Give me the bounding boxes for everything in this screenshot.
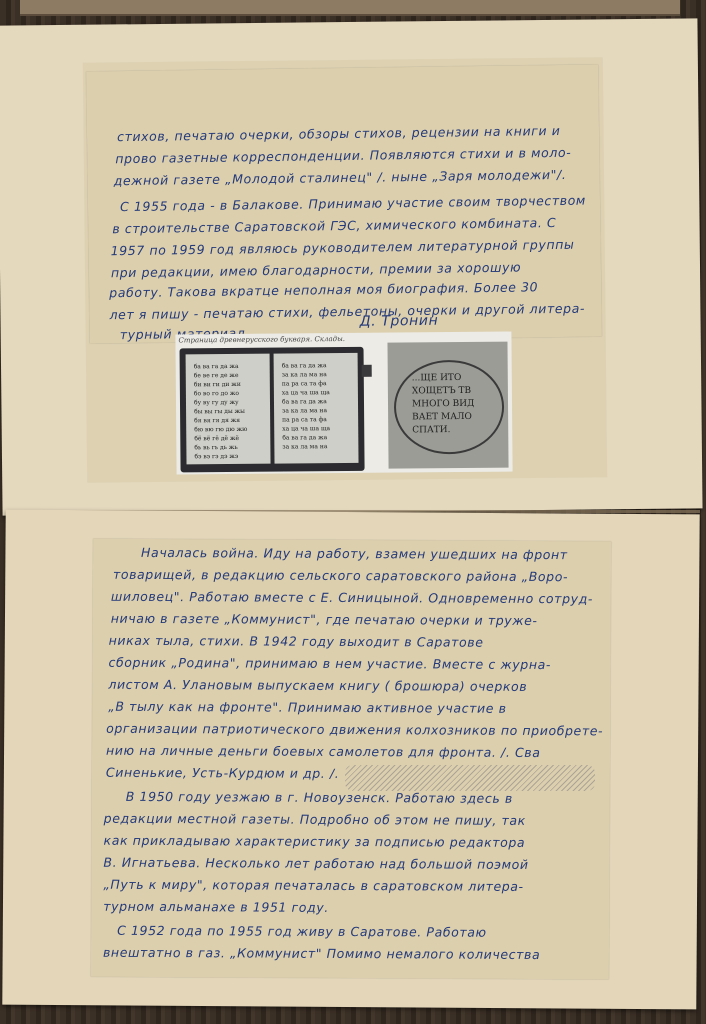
syllable-table-left: ба ва га да жа бе ве ге де же би ви ги д…: [194, 362, 248, 461]
book-page-right: ба ва га да жа за ка ла ма на па ра са т…: [274, 353, 359, 464]
handwritten-note-bottom: Началась война. Иду на работу, взамен уш…: [91, 539, 611, 980]
text-line: В 1950 году уезжаю в г. Новоузенск. Рабо…: [126, 789, 513, 806]
text-line: шиловец". Работаю вместе с Е. Синицыной.…: [111, 589, 593, 607]
book-clasp: [362, 365, 372, 377]
text-line: сборник „Родина", принимаю в нем участие…: [108, 655, 551, 672]
text-line: 1957 по 1959 год являюсь руководителем л…: [111, 237, 575, 258]
text-line: организации патриотического движения кол…: [106, 721, 603, 739]
text-line: С 1955 года - в Балакове. Принимаю участ…: [120, 193, 586, 215]
old-primer-book-photo: ба ва га да жа бе ве ге де же би ви ги д…: [180, 347, 365, 473]
handwritten-text-block-top: стихов, печатаю очерки, обзоры стихов, р…: [86, 64, 602, 343]
text-line: Синенькие, Усть-Курдюм и др. /.: [106, 765, 339, 781]
text-line: турном альманахе в 1951 году.: [103, 899, 329, 915]
text-line: при редакции, имею благодарности, премии…: [111, 260, 521, 281]
text-line: стихов, печатаю очерки, обзоры стихов, р…: [117, 123, 561, 144]
manuscript-medallion-photo: ...ЩЕ ИТО ХОЩЕТЪ ТВ МНОГО ВИД ВАЕТ МАЛО …: [387, 342, 508, 469]
signature: Д. Тронин: [360, 313, 439, 330]
handwritten-text-block-bottom: Началась война. Иду на работу, взамен уш…: [91, 539, 611, 980]
text-line: прово газетные корреспонденции. Появляют…: [115, 145, 571, 166]
text-line: работу. Такова вкратце неполная моя биог…: [109, 279, 538, 300]
text-line: никах тыла, стихи. В 1942 году выходит в…: [109, 633, 484, 650]
text-line: в строительстве Саратовской ГЭС, химичес…: [112, 215, 556, 236]
text-line: внештатно в газ. „Коммунист" Помимо нема…: [103, 945, 540, 962]
text-line: В. Игнатьева. Несколько лет работаю над …: [103, 855, 528, 872]
text-line: С 1952 года по 1955 год живу в Саратове.…: [117, 923, 487, 940]
syllable-table-right: ба ва га да жа за ка ла ма на па ра са т…: [282, 361, 331, 451]
handwritten-note-top: стихов, печатаю очерки, обзоры стихов, р…: [86, 64, 602, 343]
text-line: ничаю в газете „Коммунист", где печатаю …: [111, 611, 538, 628]
text-line: редакции местной газеты. Подробно об это…: [104, 811, 526, 828]
text-line: нию на личные деньги боевых самолетов дл…: [106, 743, 541, 760]
text-line: дежной газете „Молодой сталинец" /. ныне…: [114, 167, 567, 188]
printed-photo-clipping: Страница древнерусского букваря. Склады.…: [175, 332, 512, 475]
text-line: листом А. Улановым выпускаем книгу ( бро…: [108, 677, 527, 694]
text-line: лет я пишу - печатаю стихи, фельетоны, о…: [109, 301, 585, 323]
text-line: „В тылу как на фронте". Принимаю активно…: [108, 699, 506, 716]
pencil-scribble-strikeout: [345, 765, 595, 791]
text-line: Началась война. Иду на работу, взамен уш…: [141, 545, 568, 562]
stacked-folders-edge: [20, 0, 680, 16]
medallion-inscription: ...ЩЕ ИТО ХОЩЕТЪ ТВ МНОГО ВИД ВАЕТ МАЛО …: [412, 372, 475, 438]
text-line: как прикладываю характеристику за подпис…: [104, 833, 526, 850]
photo-caption: Страница древнерусского букваря. Склады.: [178, 335, 345, 344]
book-page-left: ба ва га да жа бе ве ге де же би ви ги д…: [186, 354, 271, 465]
text-line: товарищей, в редакцию сельского саратовс…: [113, 567, 568, 584]
text-line: „Путь к миру", которая печаталась в сара…: [103, 877, 523, 894]
